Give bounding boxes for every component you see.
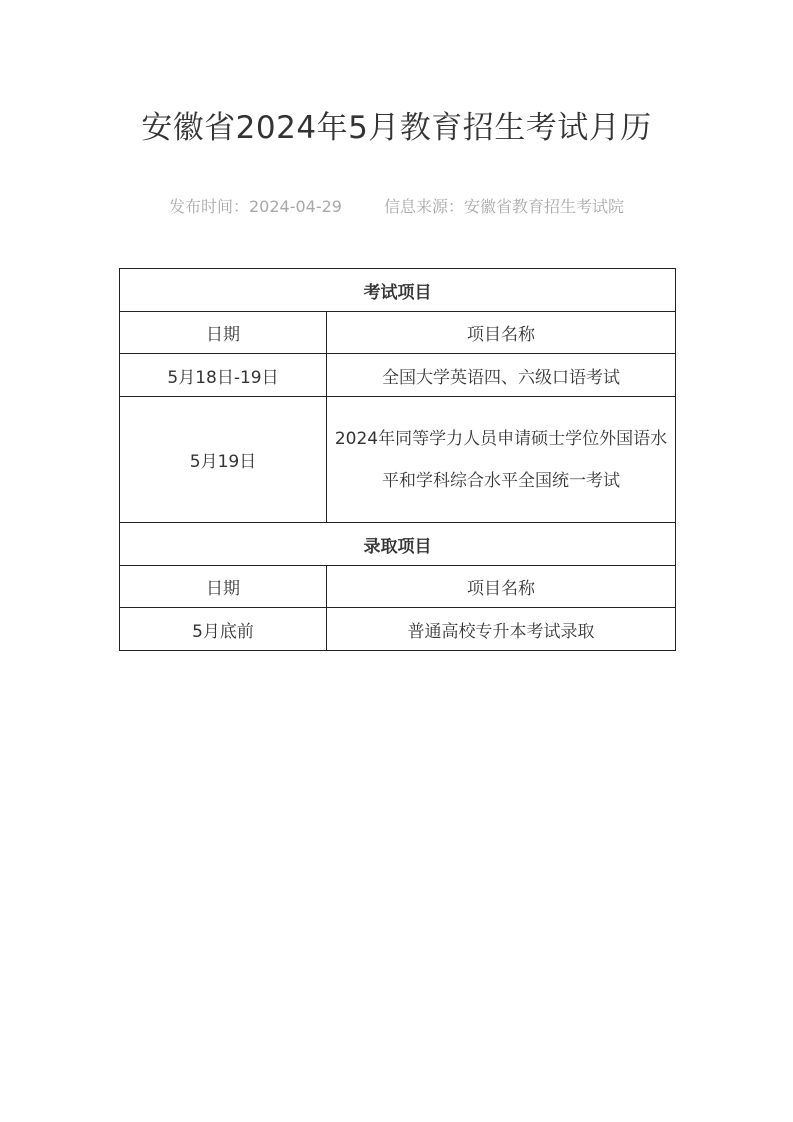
cell-name: 普通高校专升本考试录取 xyxy=(327,608,676,651)
column-header-date: 日期 xyxy=(120,312,327,354)
page-title: 安徽省2024年5月教育招生考试月历 xyxy=(0,104,793,152)
table-row: 5月18日-19日 全国大学英语四、六级口语考试 xyxy=(120,354,676,397)
publish-label: 发布时间： xyxy=(169,197,249,216)
section-title: 录取项目 xyxy=(120,523,676,566)
cell-name: 2024年同等学力人员申请硕士学位外国语水平和学科综合水平全国统一考试 xyxy=(327,397,676,523)
column-header-row: 日期 项目名称 xyxy=(120,312,676,354)
cell-name: 全国大学英语四、六级口语考试 xyxy=(327,354,676,397)
section-header-exams: 考试项目 xyxy=(120,269,676,312)
column-header-row: 日期 项目名称 xyxy=(120,566,676,608)
exam-calendar-table: 考试项目 日期 项目名称 5月18日-19日 全国大学英语四、六级口语考试 5月… xyxy=(119,268,676,651)
publish-meta: 发布时间：2024-04-29信息来源：安徽省教育招生考试院 xyxy=(0,193,793,221)
source-name: 安徽省教育招生考试院 xyxy=(464,197,624,216)
section-title: 考试项目 xyxy=(120,269,676,312)
cell-date: 5月18日-19日 xyxy=(120,354,327,397)
cell-name-text: 2024年同等学力人员申请硕士学位外国语水平和学科综合水平全国统一考试 xyxy=(327,418,675,502)
column-header-name: 项目名称 xyxy=(327,566,676,608)
table-row: 5月底前 普通高校专升本考试录取 xyxy=(120,608,676,651)
section-header-admissions: 录取项目 xyxy=(120,523,676,566)
column-header-name: 项目名称 xyxy=(327,312,676,354)
cell-date: 5月19日 xyxy=(120,397,327,523)
cell-date: 5月底前 xyxy=(120,608,327,651)
table-row: 5月19日 2024年同等学力人员申请硕士学位外国语水平和学科综合水平全国统一考… xyxy=(120,397,676,523)
column-header-date: 日期 xyxy=(120,566,327,608)
publish-date: 2024-04-29 xyxy=(249,197,342,216)
source-label: 信息来源： xyxy=(384,197,464,216)
